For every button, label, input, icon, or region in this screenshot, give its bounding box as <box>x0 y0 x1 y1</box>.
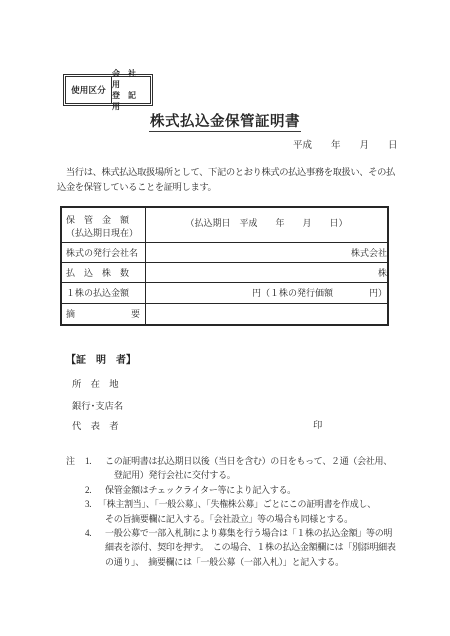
certifier-address-label: 所 在 地 <box>72 376 119 390</box>
deposit-amount-label-line2: （払込期日現在） <box>66 227 145 240</box>
remarks-value <box>146 303 389 325</box>
per-share-amount-label: １株の払込金額 <box>61 282 146 303</box>
intro-paragraph: 当行は、株式払込取扱場所として、下記のとおり株式の払込事務を取扱い、その払 込金… <box>57 166 402 195</box>
certifier-heading: 【証 明 者】 <box>66 351 136 366</box>
usage-classification-box: 使用区分 会 社 用 登 記 用 <box>63 74 153 106</box>
payment-due-date-value: （払込期日 平成 年 月 日） <box>146 216 387 233</box>
usage-option-registration: 登 記 用 <box>112 90 150 112</box>
note-item: 4. 一般公募で一部入札制により募集を行う場合は「１株の払込金額」等の明 細表を… <box>85 526 398 569</box>
document-title: 株式払込金保管証明書 <box>0 110 450 131</box>
note-number: 1. <box>85 454 105 483</box>
usage-box-label: 使用区分 <box>66 77 112 103</box>
certifier-bank-branch-label: 銀行･支店名 <box>72 398 123 412</box>
issue-date-line: 平成 年 月 日 <box>293 137 398 151</box>
usage-options: 会 社 用 登 記 用 <box>112 77 150 103</box>
note-text: 「株主割当」、「一般公募」、「失権株公募」ごとにこの証明書を作成し、 その旨摘要… <box>105 497 398 526</box>
per-share-amount-value: 円（１株の発行価額 円） <box>146 282 389 303</box>
usage-option-company: 会 社 用 <box>112 68 150 90</box>
note-number: 2. <box>85 483 105 497</box>
note-text: 一般公募で一部入札制により募集を行う場合は「１株の払込金額」等の明 細表を添付、… <box>105 526 398 569</box>
note-item: 1. この証明書は払込期日以後（当日を含む）の日をもって、２通（会社用、 登記用… <box>85 454 398 483</box>
table-row-paid-shares: 払 込 株 数 株 <box>61 262 388 282</box>
document-title-text: 株式払込金保管証明書 <box>149 114 301 132</box>
note-text: この証明書は払込期日以後（当日を含む）の日をもって、２通（会社用、 登記用）発行… <box>105 454 398 483</box>
document-page: 使用区分 会 社 用 登 記 用 株式払込金保管証明書 平成 年 月 日 当行は… <box>0 0 450 636</box>
table-row-per-share-amount: １株の払込金額 円（１株の発行価額 円） <box>61 282 388 303</box>
paid-shares-unit-value: 株 <box>146 262 389 282</box>
note-number: 4. <box>85 526 105 569</box>
notes-list: 1. この証明書は払込期日以後（当日を含む）の日をもって、２通（会社用、 登記用… <box>85 454 398 569</box>
issuing-company-label: 株式の発行会社名 <box>61 242 146 262</box>
note-item: 3. 「株主割当」、「一般公募」、「失権株公募」ごとにこの証明書を作成し、 その… <box>85 497 398 526</box>
payment-due-date-cell: （払込期日 平成 年 月 日） <box>146 207 389 242</box>
remarks-label: 摘要 <box>61 303 146 325</box>
deposit-table: 保 管 金 額 （払込期日現在） （払込期日 平成 年 月 日） 株式の発行会社… <box>60 206 389 326</box>
table-row-deposit-amount: 保 管 金 額 （払込期日現在） （払込期日 平成 年 月 日） <box>61 207 388 242</box>
notes-section: 注 1. この証明書は払込期日以後（当日を含む）の日をもって、２通（会社用、 登… <box>66 454 398 569</box>
usage-box-inner: 使用区分 会 社 用 登 記 用 <box>65 76 151 104</box>
seal-mark: 印 <box>313 417 322 431</box>
table-row-remarks: 摘要 <box>61 303 388 325</box>
note-text: 保管金額はチェックライター等により記入する。 <box>105 483 398 497</box>
deposit-amount-label: 保 管 金 額 （払込期日現在） <box>61 207 146 242</box>
paid-shares-label: 払 込 株 数 <box>61 262 146 282</box>
notes-marker: 注 <box>66 454 75 468</box>
certifier-representative-label: 代 表 者 <box>72 418 119 432</box>
issuing-company-value: 株式会社 <box>146 242 389 262</box>
note-item: 2. 保管金額はチェックライター等により記入する。 <box>85 483 398 497</box>
deposit-amount-label-line1: 保 管 金 額 <box>66 210 145 227</box>
table-row-issuing-company: 株式の発行会社名 株式会社 <box>61 242 388 262</box>
